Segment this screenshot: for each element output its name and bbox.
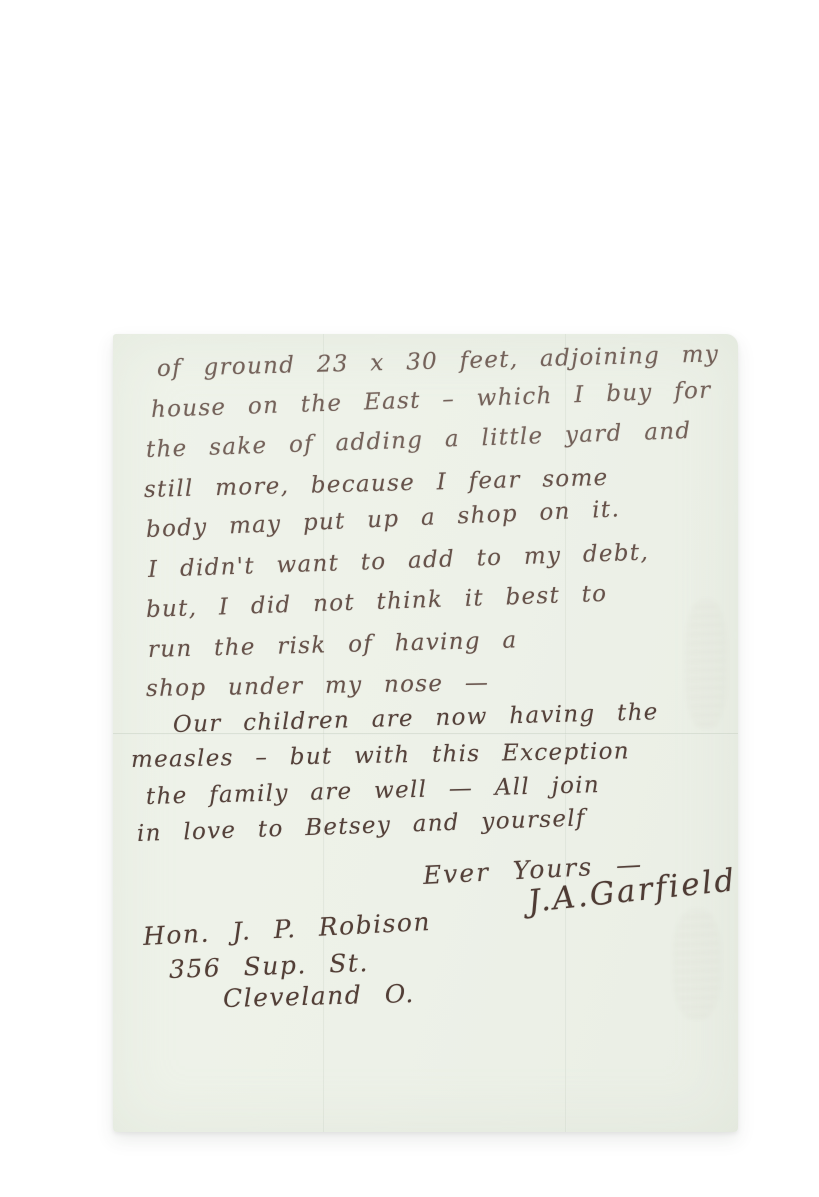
handwritten-line: the family are well — All join xyxy=(146,772,601,810)
recipient-city-line: Cleveland O. xyxy=(223,979,415,1013)
recipient-name-line: Hon. J. P. Robison xyxy=(142,907,431,951)
handwritten-line: body may put up a shop on it. xyxy=(145,496,620,543)
handwritten-line: still more, because I fear some xyxy=(144,465,609,503)
handwritten-line: in love to Betsey and yourself xyxy=(137,805,587,847)
recipient-street-line: 356 Sup. St. xyxy=(168,948,369,984)
handwritten-line: I didn't want to add to my debt, xyxy=(148,540,650,583)
ink-show-through-mark xyxy=(685,599,727,729)
handwritten-line: house on the East – which I buy for xyxy=(151,377,712,423)
handwritten-line: shop under my nose — xyxy=(146,670,490,702)
handwritten-line: measles – but with this Exception xyxy=(131,738,630,773)
letter-sheet: of ground 23 x 30 feet, adjoining my hou… xyxy=(113,334,738,1132)
handwritten-line: run the risk of having a xyxy=(148,627,518,663)
handwritten-line: of ground 23 x 30 feet, adjoining my xyxy=(157,341,720,382)
ink-show-through-mark xyxy=(673,909,721,1019)
handwritten-line: but, I did not think it best to xyxy=(146,581,608,623)
handwritten-line: the sake of adding a little yard and xyxy=(146,418,692,463)
photo-background: of ground 23 x 30 feet, adjoining my hou… xyxy=(0,0,819,1197)
